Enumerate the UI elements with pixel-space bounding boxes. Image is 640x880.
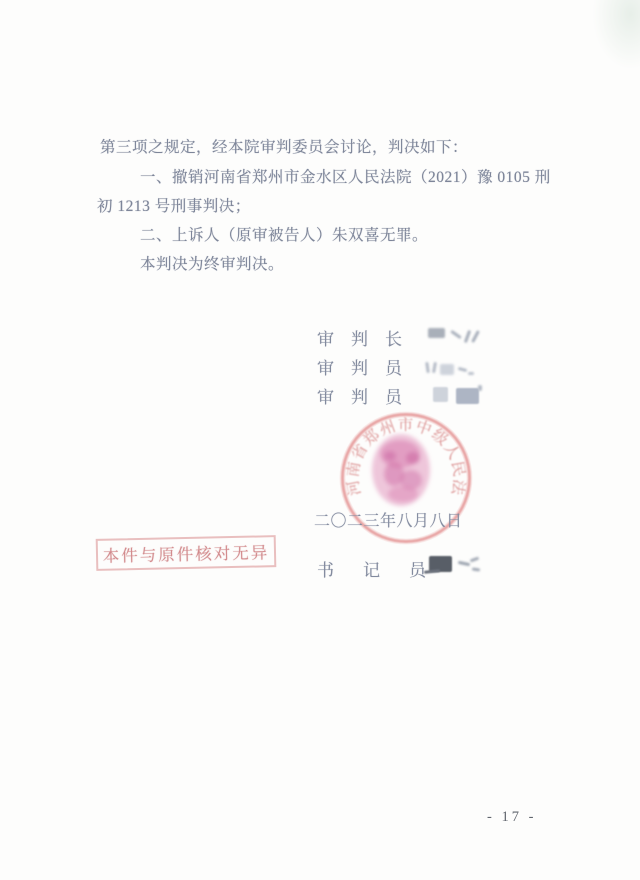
body-line: 本判决为终审判决。 (140, 252, 284, 274)
page-number: - 17 - (487, 809, 536, 826)
scan-smudge (592, 0, 640, 70)
presiding-judge-label: 审 判 长 (317, 325, 402, 350)
judgment-date: 二〇二三年八月八日 (314, 508, 463, 531)
scanned-judgment-page: 第三项之规定，经本院审判委员会讨论，判决如下： 一、撤销河南省郑州市金水区人民法… (0, 0, 640, 880)
court-seal: 河南省郑州市中级人民法院 (310, 382, 502, 574)
seal-emblem (372, 434, 430, 506)
verification-stamp-text: 本件与原件核对无异 (103, 539, 270, 566)
judge-label: 审 判 员 (317, 354, 402, 379)
body-line: 一、撤销河南省郑州市金水区人民法院（2021）豫 0105 刑 (140, 165, 551, 187)
verification-stamp: 本件与原件核对无异 (96, 535, 277, 571)
body-line: 初 1213 号刑事判决； (97, 194, 251, 216)
body-line: 第三项之规定，经本院审判委员会讨论，判决如下： (100, 135, 468, 157)
body-line: 二、上诉人（原审被告人）朱双喜无罪。 (140, 223, 428, 245)
